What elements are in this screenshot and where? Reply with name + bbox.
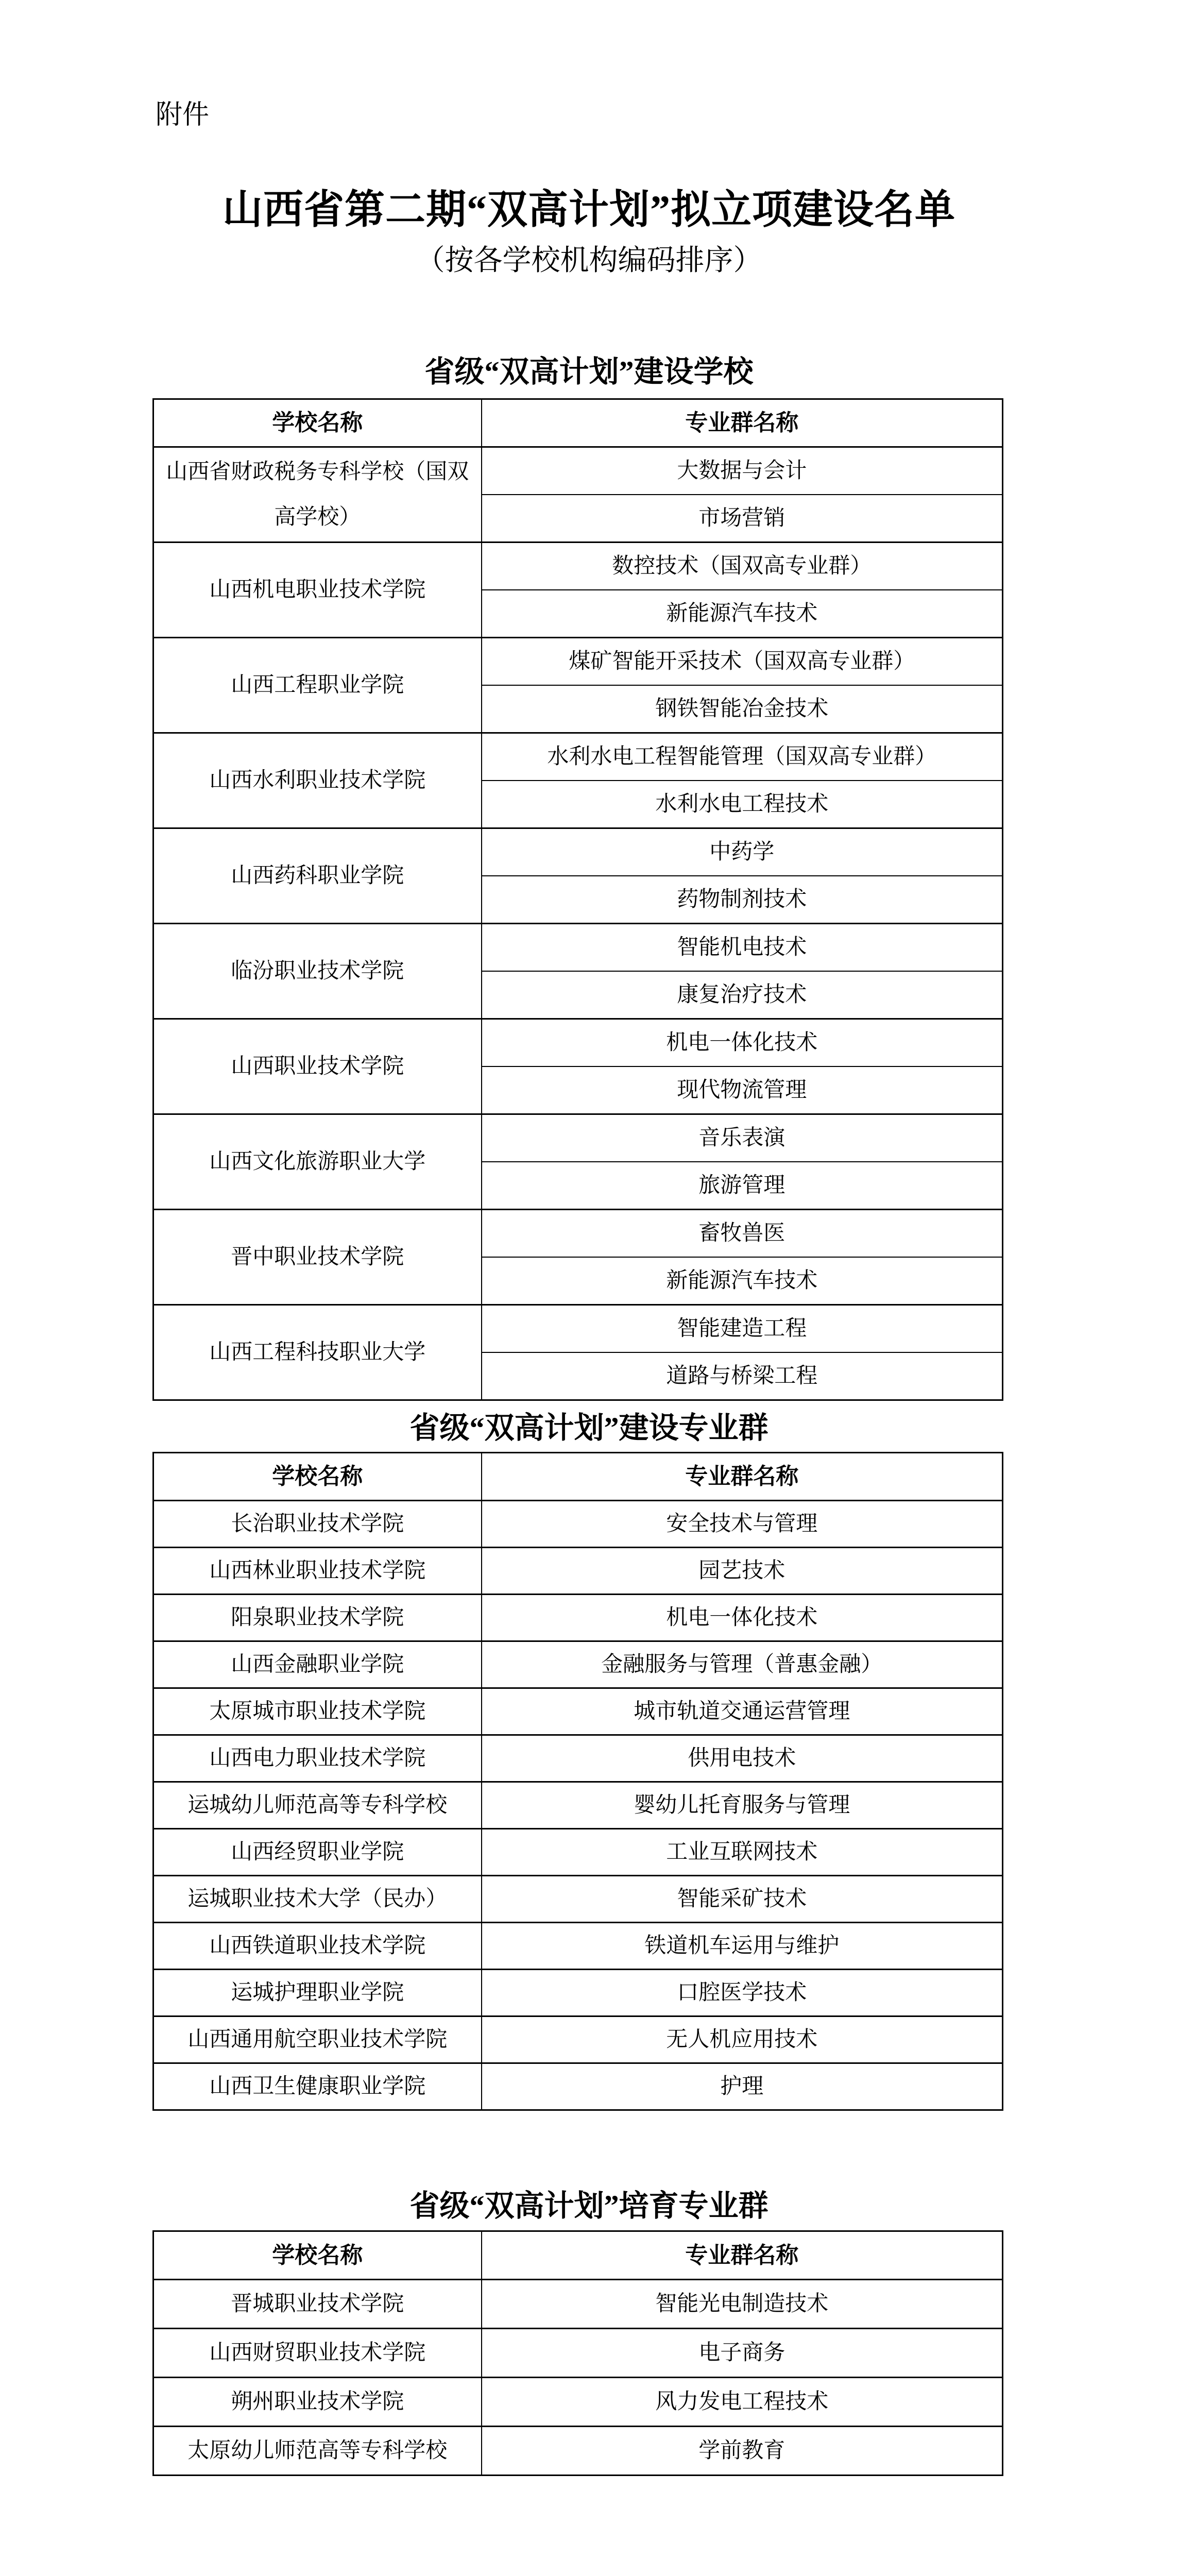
school-name-cell: 山西职业技术学院 xyxy=(153,1019,482,1114)
table-row: 临汾职业技术学院智能机电技术 xyxy=(153,924,1003,972)
program-name-cell: 风力发电工程技术 xyxy=(482,2378,1003,2427)
table-row: 运城护理职业学院口腔医学技术 xyxy=(153,1970,1003,2016)
document-title: 山西省第二期“双高计划”拟立项建设名单 xyxy=(0,184,1178,235)
attachment-label: 附件 xyxy=(156,99,209,132)
table-row: 运城职业技术大学（民办）智能采矿技术 xyxy=(153,1876,1003,1923)
program-name-cell: 智能建造工程 xyxy=(482,1305,1003,1353)
program-name-cell: 机电一体化技术 xyxy=(482,1595,1003,1641)
table-header: 学校名称专业群名称 xyxy=(153,2231,1003,2280)
construction-schools-table: 学校名称专业群名称 山西省财政税务专科学校（国双高学校）大数据与会计市场营销山西… xyxy=(152,398,1003,1401)
school-name-cell: 山西卫生健康职业学院 xyxy=(153,2063,482,2110)
program-name-cell: 智能光电制造技术 xyxy=(482,2280,1003,2329)
program-group-column-header: 专业群名称 xyxy=(482,2231,1003,2280)
table-row: 太原幼儿师范高等专科学校学前教育 xyxy=(153,2427,1003,2476)
school-name-cell: 山西金融职业学院 xyxy=(153,1641,482,1688)
table-header-row: 学校名称专业群名称 xyxy=(153,399,1003,447)
school-name-cell: 山西林业职业技术学院 xyxy=(153,1548,482,1595)
school-name-cell: 长治职业技术学院 xyxy=(153,1501,482,1548)
table-body: 晋城职业技术学院智能光电制造技术山西财贸职业技术学院电子商务朔州职业技术学院风力… xyxy=(153,2280,1003,2476)
table-body: 长治职业技术学院安全技术与管理山西林业职业技术学院园艺技术阳泉职业技术学院机电一… xyxy=(153,1501,1003,2110)
program-name-cell: 新能源汽车技术 xyxy=(482,590,1003,638)
school-name-cell: 山西机电职业技术学院 xyxy=(153,543,482,638)
school-name-cell: 山西财贸职业技术学院 xyxy=(153,2329,482,2378)
school-name-cell: 太原幼儿师范高等专科学校 xyxy=(153,2427,482,2476)
construction-program-groups-table: 学校名称专业群名称 长治职业技术学院安全技术与管理山西林业职业技术学院园艺技术阳… xyxy=(152,1452,1003,2111)
school-name-cell: 山西电力职业技术学院 xyxy=(153,1735,482,1782)
table-row: 山西职业技术学院机电一体化技术 xyxy=(153,1019,1003,1067)
table-row: 山西林业职业技术学院园艺技术 xyxy=(153,1548,1003,1595)
section-title-construction-schools: 省级“双高计划”建设学校 xyxy=(0,353,1178,391)
table-row: 山西药科职业学院中药学 xyxy=(153,828,1003,876)
program-name-cell: 安全技术与管理 xyxy=(482,1501,1003,1548)
table-row: 晋中职业技术学院畜牧兽医 xyxy=(153,1210,1003,1258)
program-group-column-header: 专业群名称 xyxy=(482,1453,1003,1501)
program-name-cell: 水利水电工程智能管理（国双高专业群） xyxy=(482,733,1003,781)
school-name-cell: 山西经贸职业学院 xyxy=(153,1829,482,1876)
table-row: 山西水利职业技术学院水利水电工程智能管理（国双高专业群） xyxy=(153,733,1003,781)
program-name-cell: 大数据与会计 xyxy=(482,447,1003,495)
program-name-cell: 康复治疗技术 xyxy=(482,971,1003,1019)
table-row: 晋城职业技术学院智能光电制造技术 xyxy=(153,2280,1003,2329)
table-row: 阳泉职业技术学院机电一体化技术 xyxy=(153,1595,1003,1641)
table-row: 山西卫生健康职业学院护理 xyxy=(153,2063,1003,2110)
table-row: 山西机电职业技术学院数控技术（国双高专业群） xyxy=(153,543,1003,590)
table-row: 山西工程职业学院煤矿智能开采技术（国双高专业群） xyxy=(153,638,1003,686)
section-title-cultivation-program-groups: 省级“双高计划”培育专业群 xyxy=(0,2188,1178,2225)
program-name-cell: 婴幼儿托育服务与管理 xyxy=(482,1782,1003,1829)
table-row: 朔州职业技术学院风力发电工程技术 xyxy=(153,2378,1003,2427)
document-subtitle: （按各学校机构编码排序） xyxy=(0,242,1178,279)
program-name-cell: 药物制剂技术 xyxy=(482,876,1003,924)
school-name-cell: 阳泉职业技术学院 xyxy=(153,1595,482,1641)
cultivation-program-groups-table: 学校名称专业群名称 晋城职业技术学院智能光电制造技术山西财贸职业技术学院电子商务… xyxy=(152,2230,1003,2476)
program-name-cell: 城市轨道交通运营管理 xyxy=(482,1688,1003,1735)
program-name-cell: 水利水电工程技术 xyxy=(482,781,1003,828)
program-name-cell: 音乐表演 xyxy=(482,1114,1003,1162)
school-name-column-header: 学校名称 xyxy=(153,1453,482,1501)
school-name-column-header: 学校名称 xyxy=(153,399,482,447)
school-name-cell: 晋城职业技术学院 xyxy=(153,2280,482,2329)
table-header: 学校名称专业群名称 xyxy=(153,1453,1003,1501)
school-name-cell: 山西工程科技职业大学 xyxy=(153,1305,482,1400)
table-row: 山西财贸职业技术学院电子商务 xyxy=(153,2329,1003,2378)
table-row: 长治职业技术学院安全技术与管理 xyxy=(153,1501,1003,1548)
school-name-cell: 朔州职业技术学院 xyxy=(153,2378,482,2427)
table-header-row: 学校名称专业群名称 xyxy=(153,1453,1003,1501)
program-name-cell: 机电一体化技术 xyxy=(482,1019,1003,1067)
school-name-cell: 运城幼儿师范高等专科学校 xyxy=(153,1782,482,1829)
school-name-cell: 山西药科职业学院 xyxy=(153,828,482,924)
program-name-cell: 园艺技术 xyxy=(482,1548,1003,1595)
school-name-cell: 山西文化旅游职业大学 xyxy=(153,1114,482,1210)
school-name-cell: 山西通用航空职业技术学院 xyxy=(153,2016,482,2063)
program-name-cell: 道路与桥梁工程 xyxy=(482,1352,1003,1400)
program-name-cell: 护理 xyxy=(482,2063,1003,2110)
table-header-row: 学校名称专业群名称 xyxy=(153,2231,1003,2280)
table-row: 运城幼儿师范高等专科学校婴幼儿托育服务与管理 xyxy=(153,1782,1003,1829)
school-name-cell: 山西工程职业学院 xyxy=(153,638,482,733)
program-name-cell: 铁道机车运用与维护 xyxy=(482,1923,1003,1970)
program-name-cell: 煤矿智能开采技术（国双高专业群） xyxy=(482,638,1003,686)
table-row: 山西铁道职业技术学院铁道机车运用与维护 xyxy=(153,1923,1003,1970)
program-name-cell: 新能源汽车技术 xyxy=(482,1257,1003,1305)
school-name-cell: 山西省财政税务专科学校（国双高学校） xyxy=(153,447,482,543)
table-header: 学校名称专业群名称 xyxy=(153,399,1003,447)
table-row: 山西通用航空职业技术学院无人机应用技术 xyxy=(153,2016,1003,2063)
program-name-cell: 口腔医学技术 xyxy=(482,1970,1003,2016)
school-name-cell: 临汾职业技术学院 xyxy=(153,924,482,1019)
table-row: 山西电力职业技术学院供用电技术 xyxy=(153,1735,1003,1782)
program-group-column-header: 专业群名称 xyxy=(482,399,1003,447)
school-name-cell: 太原城市职业技术学院 xyxy=(153,1688,482,1735)
table-row: 山西省财政税务专科学校（国双高学校）大数据与会计 xyxy=(153,447,1003,495)
table-row: 山西工程科技职业大学智能建造工程 xyxy=(153,1305,1003,1353)
table-row: 山西金融职业学院金融服务与管理（普惠金融） xyxy=(153,1641,1003,1688)
table-row: 山西文化旅游职业大学音乐表演 xyxy=(153,1114,1003,1162)
program-name-cell: 智能采矿技术 xyxy=(482,1876,1003,1923)
school-name-cell: 山西水利职业技术学院 xyxy=(153,733,482,828)
document-page: 附件 山西省第二期“双高计划”拟立项建设名单 （按各学校机构编码排序） 省级“双… xyxy=(0,0,1178,2576)
program-name-cell: 无人机应用技术 xyxy=(482,2016,1003,2063)
table-body: 山西省财政税务专科学校（国双高学校）大数据与会计市场营销山西机电职业技术学院数控… xyxy=(153,447,1003,1400)
program-name-cell: 工业互联网技术 xyxy=(482,1829,1003,1876)
program-name-cell: 市场营销 xyxy=(482,495,1003,543)
school-name-column-header: 学校名称 xyxy=(153,2231,482,2280)
program-name-cell: 学前教育 xyxy=(482,2427,1003,2476)
school-name-cell: 运城职业技术大学（民办） xyxy=(153,1876,482,1923)
program-name-cell: 供用电技术 xyxy=(482,1735,1003,1782)
program-name-cell: 智能机电技术 xyxy=(482,924,1003,972)
program-name-cell: 金融服务与管理（普惠金融） xyxy=(482,1641,1003,1688)
program-name-cell: 畜牧兽医 xyxy=(482,1210,1003,1258)
table-row: 太原城市职业技术学院城市轨道交通运营管理 xyxy=(153,1688,1003,1735)
school-name-cell: 山西铁道职业技术学院 xyxy=(153,1923,482,1970)
school-name-cell: 晋中职业技术学院 xyxy=(153,1210,482,1305)
table-row: 山西经贸职业学院工业互联网技术 xyxy=(153,1829,1003,1876)
section-title-construction-program-groups: 省级“双高计划”建设专业群 xyxy=(0,1410,1178,1447)
program-name-cell: 数控技术（国双高专业群） xyxy=(482,543,1003,590)
program-name-cell: 电子商务 xyxy=(482,2329,1003,2378)
program-name-cell: 中药学 xyxy=(482,828,1003,876)
school-name-cell: 运城护理职业学院 xyxy=(153,1970,482,2016)
program-name-cell: 旅游管理 xyxy=(482,1162,1003,1210)
program-name-cell: 现代物流管理 xyxy=(482,1066,1003,1114)
program-name-cell: 钢铁智能冶金技术 xyxy=(482,685,1003,733)
